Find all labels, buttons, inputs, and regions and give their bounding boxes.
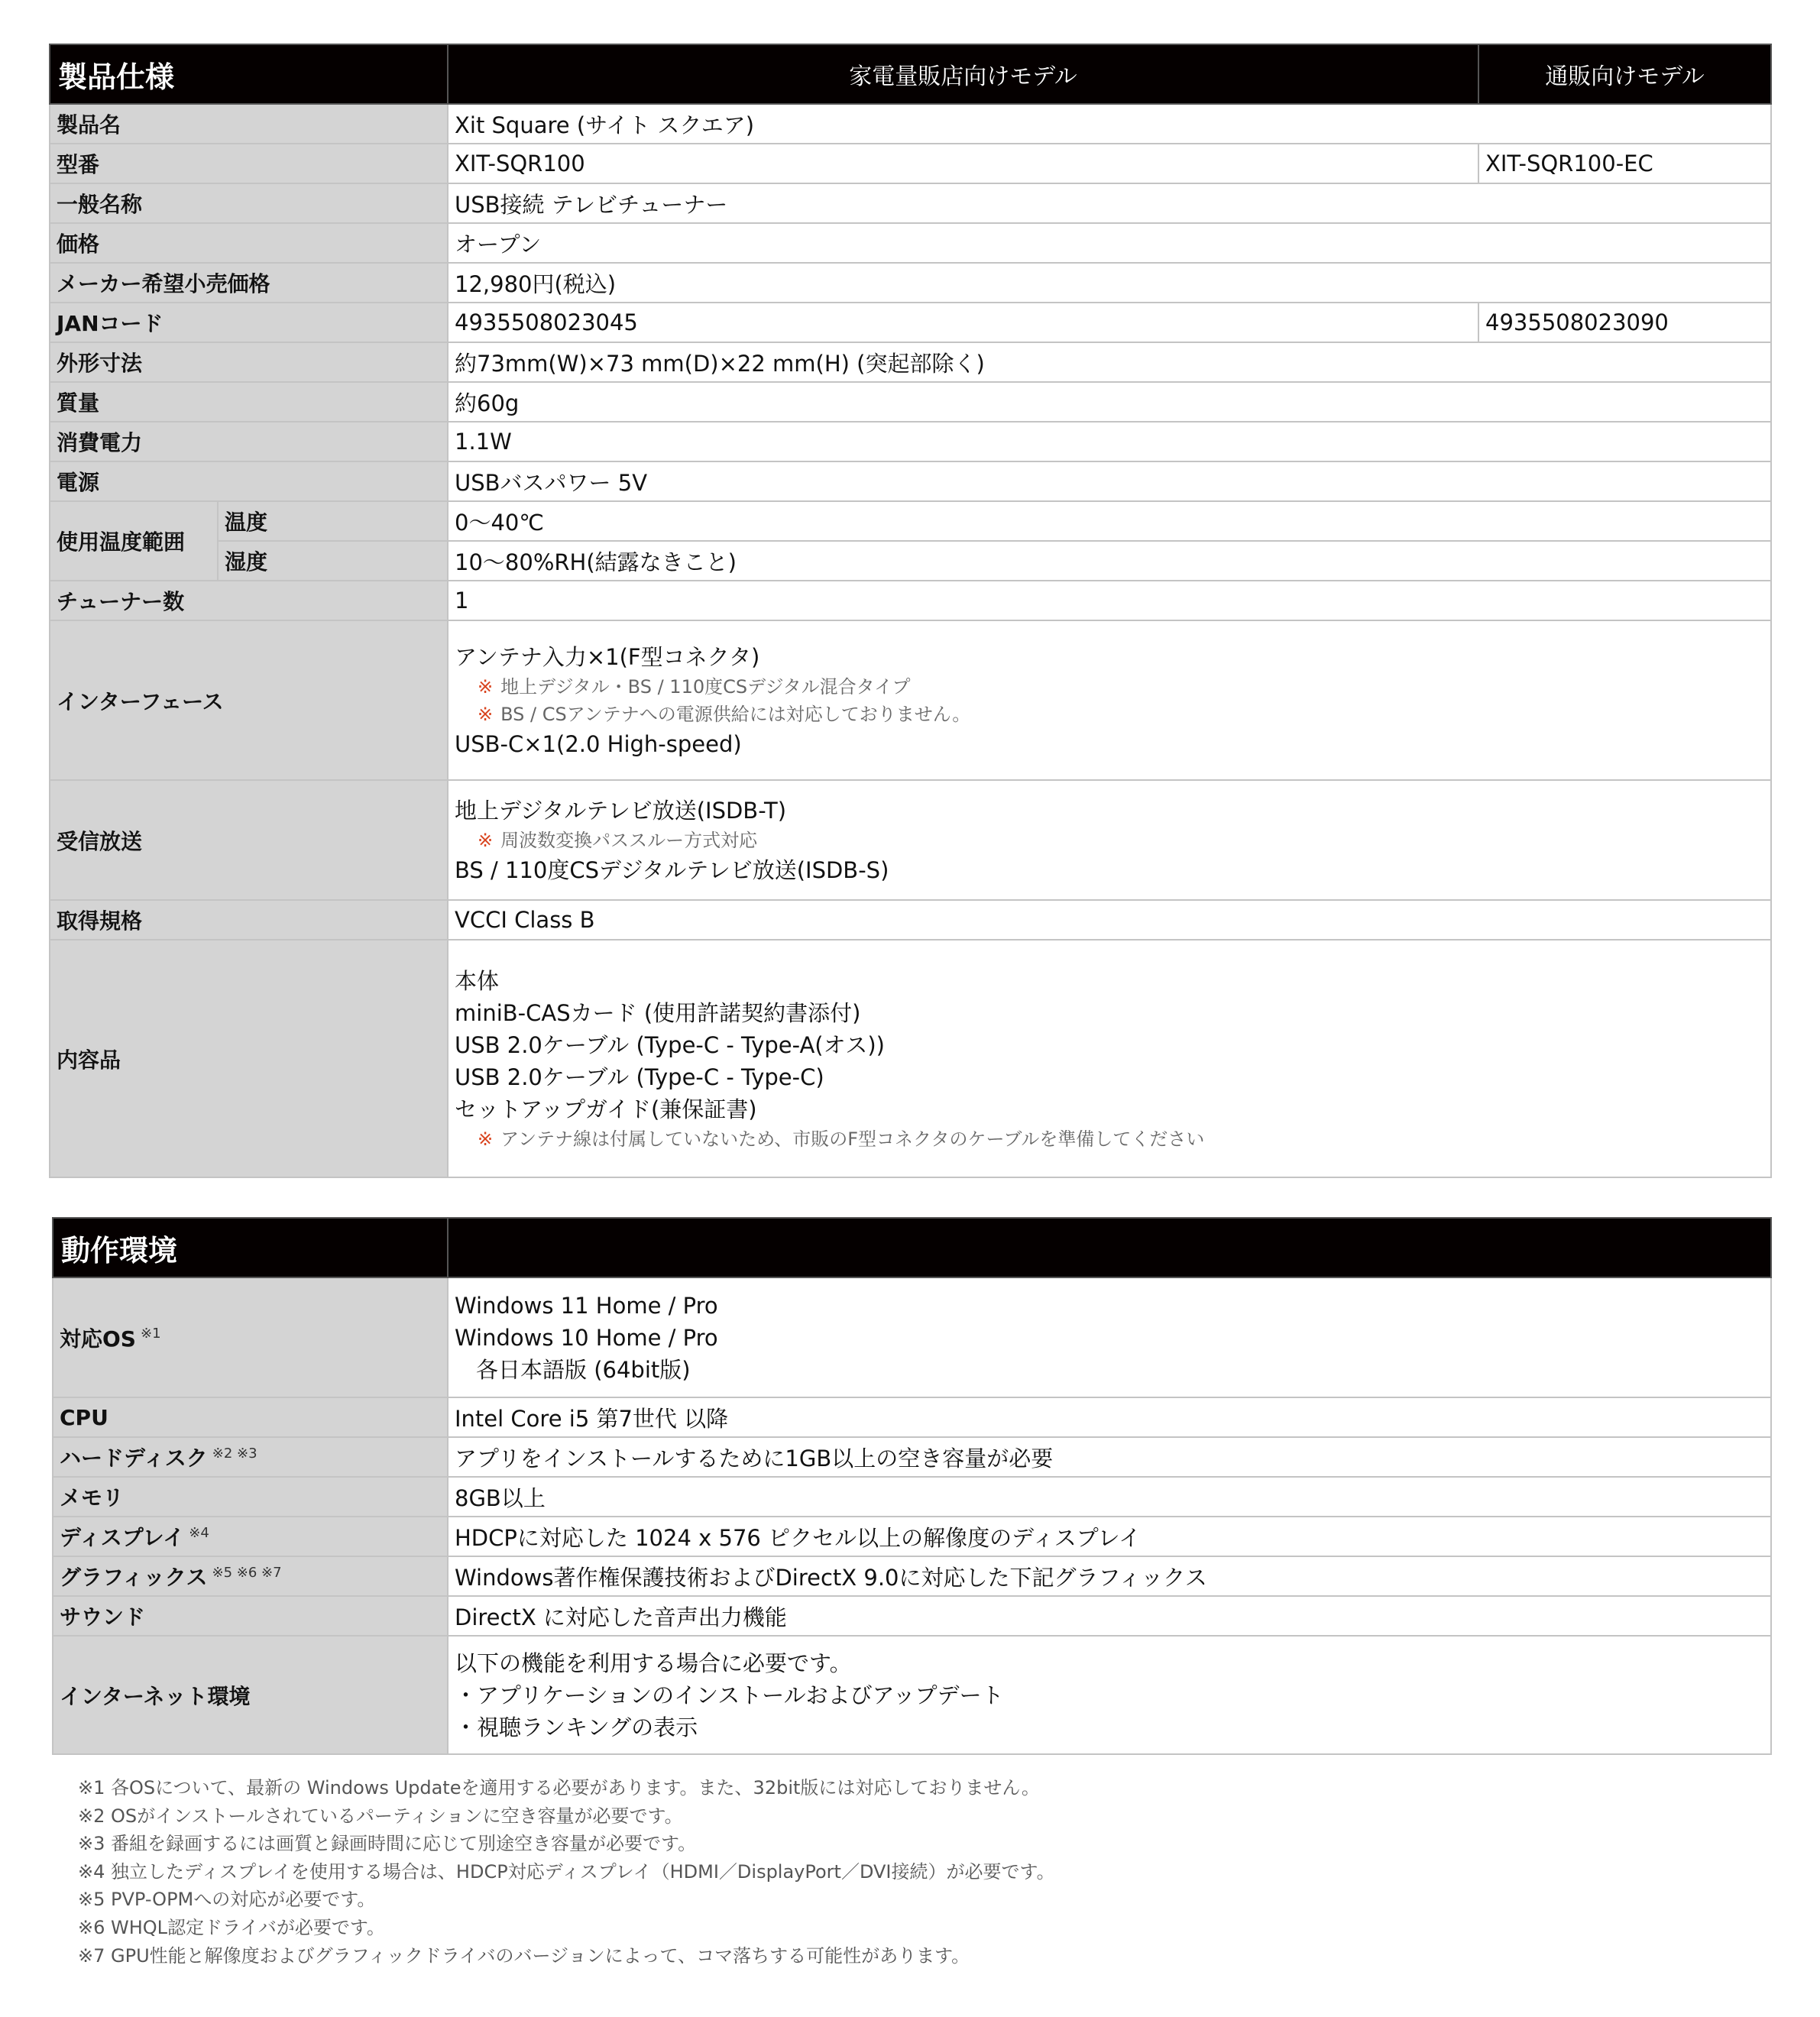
row-label-product-name: 製品名: [50, 104, 448, 144]
row-value-internet: 以下の機能を利用する場合に必要です。 ・アプリケーションのインストールおよびアッ…: [448, 1636, 1771, 1754]
note-mark-icon: ※: [478, 676, 493, 698]
footnote-ref: ※1: [141, 1326, 161, 1342]
table-row: 製品名 Xit Square (サイト スクエア): [50, 104, 1771, 144]
table-row: 使用温度範囲 温度 0〜40℃: [50, 501, 1771, 541]
env-header-row: 動作環境: [53, 1218, 1771, 1277]
footnote-ref: ※2 ※3: [212, 1446, 257, 1462]
row-label-tuners: チューナー数: [50, 581, 448, 620]
os-sub: 各日本語版 (64bit版): [455, 1354, 1764, 1386]
row-value-price: オープン: [448, 223, 1771, 263]
footnote: ※2 OSがインストールされているパーティションに空き容量が必要です。: [78, 1802, 1055, 1831]
table-row: グラフィックス※5 ※6 ※7 Windows著作権保護技術およびDirectX…: [53, 1556, 1771, 1596]
footnote: ※5 PVP-OPMへの対応が必要です。: [78, 1886, 1055, 1914]
row-value-certification: VCCI Class B: [448, 900, 1771, 940]
row-value-temperature: 0〜40℃: [448, 501, 1771, 541]
footnote: ※6 WHQL認定ドライバが必要です。: [78, 1914, 1055, 1942]
row-value-msrp: 12,980円(税込): [448, 263, 1771, 303]
footnote: ※3 番組を録画するには画質と録画時間に応じて別途空き容量が必要です。: [78, 1830, 1055, 1858]
contents-item: miniB-CASカード (使用許諾契約書添付): [455, 997, 1764, 1029]
os-line: Windows 10 Home / Pro: [455, 1322, 1764, 1354]
row-value-product-name: Xit Square (サイト スクエア): [448, 104, 1771, 144]
env-header-blank: [448, 1218, 1771, 1277]
table-row: 電源 USBバスパワー 5V: [50, 461, 1771, 501]
table-row: 対応OS※1 Windows 11 Home / Pro Windows 10 …: [53, 1277, 1771, 1397]
row-value-interface: アンテナ入力×1(F型コネクタ) ※地上デジタル・BS / 110度CSデジタル…: [448, 620, 1771, 780]
row-sublabel-temperature: 温度: [218, 501, 448, 541]
table-row: 外形寸法 約73mm(W)×73 mm(D)×22 mm(H) (突起部除く): [50, 342, 1771, 382]
table-row: CPU Intel Core i5 第7世代 以降: [53, 1397, 1771, 1437]
row-label-general-name: 一般名称: [50, 183, 448, 223]
row-value-jan-ec: 4935508023090: [1478, 303, 1771, 342]
table-row: インターフェース アンテナ入力×1(F型コネクタ) ※地上デジタル・BS / 1…: [50, 620, 1771, 780]
footnote: ※4 独立したディスプレイを使用する場合は、HDCP対応ディスプレイ（HDMI／…: [78, 1858, 1055, 1886]
note-mark-icon: ※: [478, 1128, 493, 1150]
table-row: メモリ 8GB以上: [53, 1477, 1771, 1517]
note-mark-icon: ※: [478, 704, 493, 725]
footnote: ※1 各OSについて、最新の Windows Updateを適用する必要がありま…: [78, 1774, 1055, 1802]
internet-line: ・アプリケーションのインストールおよびアップデート: [455, 1679, 1764, 1711]
contents-item: USB 2.0ケーブル (Type-C - Type-C): [455, 1061, 1764, 1093]
interface-note: ※地上デジタル・BS / 110度CSデジタル混合タイプ: [455, 673, 1764, 701]
row-value-weight: 約60g: [448, 382, 1771, 422]
contents-item: USB 2.0ケーブル (Type-C - Type-A(オス)): [455, 1029, 1764, 1061]
row-value-cpu: Intel Core i5 第7世代 以降: [448, 1397, 1771, 1437]
row-value-sound: DirectX に対応した音声出力機能: [448, 1596, 1771, 1636]
row-label-weight: 質量: [50, 382, 448, 422]
table-row: JANコード 4935508023045 4935508023090: [50, 303, 1771, 342]
row-value-os: Windows 11 Home / Pro Windows 10 Home / …: [448, 1277, 1771, 1397]
table-row: ハードディスク※2 ※3 アプリをインストールするために1GB以上の空き容量が必…: [53, 1437, 1771, 1477]
row-label-operating-range: 使用温度範囲: [50, 501, 218, 581]
contents-item: 本体: [455, 965, 1764, 997]
row-label-reception: 受信放送: [50, 780, 448, 900]
operating-environment-table: 動作環境 対応OS※1 Windows 11 Home / Pro Window…: [52, 1217, 1772, 1755]
interface-antenna: アンテナ入力×1(F型コネクタ): [455, 641, 1764, 673]
table-row: サウンド DirectX に対応した音声出力機能: [53, 1596, 1771, 1636]
table-row: 受信放送 地上デジタルテレビ放送(ISDB-T) ※周波数変換パススルー方式対応…: [50, 780, 1771, 900]
contents-note: ※アンテナ線は付属していないため、市販のF型コネクタのケーブルを準備してください: [455, 1125, 1764, 1153]
table-row: 消費電力 1.1W: [50, 422, 1771, 461]
row-label-power-consumption: 消費電力: [50, 422, 448, 461]
row-value-dimensions: 約73mm(W)×73 mm(D)×22 mm(H) (突起部除く): [448, 342, 1771, 382]
row-value-tuners: 1: [448, 581, 1771, 620]
row-label-power-source: 電源: [50, 461, 448, 501]
footnote-ref: ※5 ※6 ※7: [212, 1565, 281, 1581]
row-value-power-source: USBバスパワー 5V: [448, 461, 1771, 501]
footnote: ※7 GPU性能と解像度およびグラフィックドライバのバージョンによって、コマ落ち…: [78, 1942, 1055, 1970]
spec-header-row: 製品仕様 家電量販店向けモデル 通販向けモデル: [50, 44, 1771, 104]
row-label-os: 対応OS※1: [53, 1277, 448, 1397]
row-value-power-consumption: 1.1W: [448, 422, 1771, 461]
table-row: 一般名称 USB接続 テレビチューナー: [50, 183, 1771, 223]
column-header-retail: 家電量販店向けモデル: [448, 44, 1478, 104]
row-value-jan-retail: 4935508023045: [448, 303, 1478, 342]
row-label-price: 価格: [50, 223, 448, 263]
row-label-memory: メモリ: [53, 1477, 448, 1517]
table-row: 価格 オープン: [50, 223, 1771, 263]
os-line: Windows 11 Home / Pro: [455, 1290, 1764, 1322]
row-label-jan: JANコード: [50, 303, 448, 342]
table-row: 取得規格 VCCI Class B: [50, 900, 1771, 940]
row-value-reception: 地上デジタルテレビ放送(ISDB-T) ※周波数変換パススルー方式対応 BS /…: [448, 780, 1771, 900]
table-row: メーカー希望小売価格 12,980円(税込): [50, 263, 1771, 303]
row-label-hdd: ハードディスク※2 ※3: [53, 1437, 448, 1477]
table-row: 質量 約60g: [50, 382, 1771, 422]
row-value-model-retail: XIT-SQR100: [448, 144, 1478, 183]
reception-satellite: BS / 110度CSデジタルテレビ放送(ISDB-S): [455, 854, 1764, 886]
footnotes: ※1 各OSについて、最新の Windows Updateを適用する必要がありま…: [78, 1774, 1055, 1970]
spec-table-title: 製品仕様: [50, 44, 448, 104]
row-value-general-name: USB接続 テレビチューナー: [448, 183, 1771, 223]
note-mark-icon: ※: [478, 830, 493, 851]
row-value-model-ec: XIT-SQR100-EC: [1478, 144, 1771, 183]
table-row: インターネット環境 以下の機能を利用する場合に必要です。 ・アプリケーションのイ…: [53, 1636, 1771, 1754]
interface-note: ※BS / CSアンテナへの電源供給には対応しておりません。: [455, 701, 1764, 728]
row-value-humidity: 10〜80%RH(結露なきこと): [448, 541, 1771, 581]
row-value-memory: 8GB以上: [448, 1477, 1771, 1517]
row-label-sound: サウンド: [53, 1596, 448, 1636]
reception-note: ※周波数変換パススルー方式対応: [455, 827, 1764, 854]
env-table-title: 動作環境: [53, 1218, 448, 1277]
row-value-hdd: アプリをインストールするために1GB以上の空き容量が必要: [448, 1437, 1771, 1477]
row-label-certification: 取得規格: [50, 900, 448, 940]
footnote-ref: ※4: [189, 1525, 209, 1541]
row-value-display: HDCPに対応した 1024 x 576 ピクセル以上の解像度のディスプレイ: [448, 1517, 1771, 1556]
table-row: チューナー数 1: [50, 581, 1771, 620]
table-row: 湿度 10〜80%RH(結露なきこと): [50, 541, 1771, 581]
row-label-display: ディスプレイ※4: [53, 1517, 448, 1556]
row-label-graphics: グラフィックス※5 ※6 ※7: [53, 1556, 448, 1596]
row-value-contents: 本体 miniB-CASカード (使用許諾契約書添付) USB 2.0ケーブル …: [448, 940, 1771, 1177]
row-label-msrp: メーカー希望小売価格: [50, 263, 448, 303]
product-spec-table: 製品仕様 家電量販店向けモデル 通販向けモデル 製品名 Xit Square (…: [49, 44, 1772, 1178]
interface-usb: USB-C×1(2.0 High-speed): [455, 728, 1764, 760]
row-label-interface: インターフェース: [50, 620, 448, 780]
row-label-dimensions: 外形寸法: [50, 342, 448, 382]
row-label-internet: インターネット環境: [53, 1636, 448, 1754]
table-row: ディスプレイ※4 HDCPに対応した 1024 x 576 ピクセル以上の解像度…: [53, 1517, 1771, 1556]
row-label-cpu: CPU: [53, 1397, 448, 1437]
row-label-contents: 内容品: [50, 940, 448, 1177]
table-row: 型番 XIT-SQR100 XIT-SQR100-EC: [50, 144, 1771, 183]
table-row: 内容品 本体 miniB-CASカード (使用許諾契約書添付) USB 2.0ケ…: [50, 940, 1771, 1177]
row-sublabel-humidity: 湿度: [218, 541, 448, 581]
reception-terrestrial: 地上デジタルテレビ放送(ISDB-T): [455, 795, 1764, 827]
internet-line: 以下の機能を利用する場合に必要です。: [455, 1647, 1764, 1679]
row-value-graphics: Windows著作権保護技術およびDirectX 9.0に対応した下記グラフィッ…: [448, 1556, 1771, 1596]
internet-line: ・視聴ランキングの表示: [455, 1711, 1764, 1743]
row-label-model: 型番: [50, 144, 448, 183]
contents-item: セットアップガイド(兼保証書): [455, 1093, 1764, 1125]
column-header-ec: 通販向けモデル: [1478, 44, 1771, 104]
